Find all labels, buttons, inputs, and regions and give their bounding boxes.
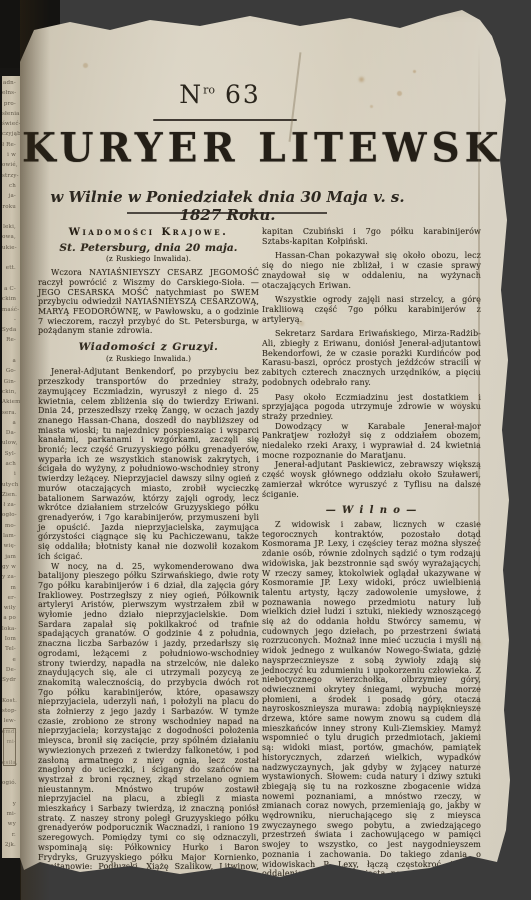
issue-superscript: ro <box>203 84 215 97</box>
newspaper-page: Nro63 KURYER LITEWSKI w Wilnie w Poniedz… <box>0 0 531 900</box>
paragraph-wilno: Z widowisk i zabaw, licznych w czasie te… <box>262 520 481 889</box>
masthead-dateline: w Wilnie w Poniedziałek dnia 30 Maja v. … <box>40 188 415 224</box>
source-note-gruzya: (z Ruskiego Inwalida.) <box>38 354 259 364</box>
paragraph-pasy: Pasy około Eczmiadzinu jest dostatkiem i… <box>262 393 481 422</box>
subsection-heading-gruzya: Wiadomości z Gruzyi. <box>38 343 259 353</box>
newspaper-title: KURYER LITEWSKI <box>22 124 500 172</box>
section-heading-krajowe: Wiadomości Krajowe. <box>38 228 259 238</box>
issue-number-value: 63 <box>225 80 261 109</box>
left-column: Wiadomości Krajowe. St. Petersburg, dnia… <box>38 227 259 882</box>
adjacent-page-edge: adn- ełns- pro- słenia świeć- czyjąb ł R… <box>2 76 21 858</box>
source-note: (z Ruskiego Inwalida). <box>38 254 259 264</box>
issue-prefix: N <box>179 80 203 109</box>
dateline-petersburg: St. Petersburg, dnia 20 maja. <box>38 244 259 254</box>
issue-number: Nro63 <box>140 80 300 109</box>
paper-speckles <box>0 0 3 3</box>
masthead-rule <box>153 119 297 121</box>
paragraph-paskiewicz: Jenerał-adjutant Paskiewicz, zebrawszy w… <box>262 460 481 499</box>
adjacent-page-table-fragment <box>3 728 16 766</box>
scanned-newspaper-page: adn- ełns- pro- słenia świeć- czyjąb ł R… <box>0 0 531 900</box>
paragraph-continuation: kapitan Czubiński i 7go półku karabinije… <box>262 227 481 246</box>
paragraph-gruzya-1: Jenerał-Adjutant Benkendorf, po przybyci… <box>38 367 259 561</box>
paragraph-sekretarz: Sekretarz Sardara Eriwańskiego, Mirza-Ra… <box>262 329 481 387</box>
paragraph-dowodzacy: Dowodzący w Karabale Jenerał-major Pankr… <box>262 422 481 461</box>
paragraph-petersburg: Wczora NAYIAŚNIEYSZY CESARZ JEGOMOŚĆ rac… <box>38 268 259 336</box>
fold-crease-right <box>478 44 480 864</box>
paragraph-hassan: Hassan-Chan pokazywał się około obozu, l… <box>262 251 481 290</box>
dateline-rule <box>127 212 327 214</box>
paragraph-ogrody: Wszystkie ogrody zajęli nasi strzelcy, a… <box>262 295 481 324</box>
wilno-section-heading: — W i l n o — <box>262 506 481 516</box>
paragraph-gruzya-2: W nocy, na d. 25, wykomenderowano dwa ba… <box>38 562 259 882</box>
right-column: kapitan Czubiński i 7go półku karabinije… <box>262 227 481 889</box>
